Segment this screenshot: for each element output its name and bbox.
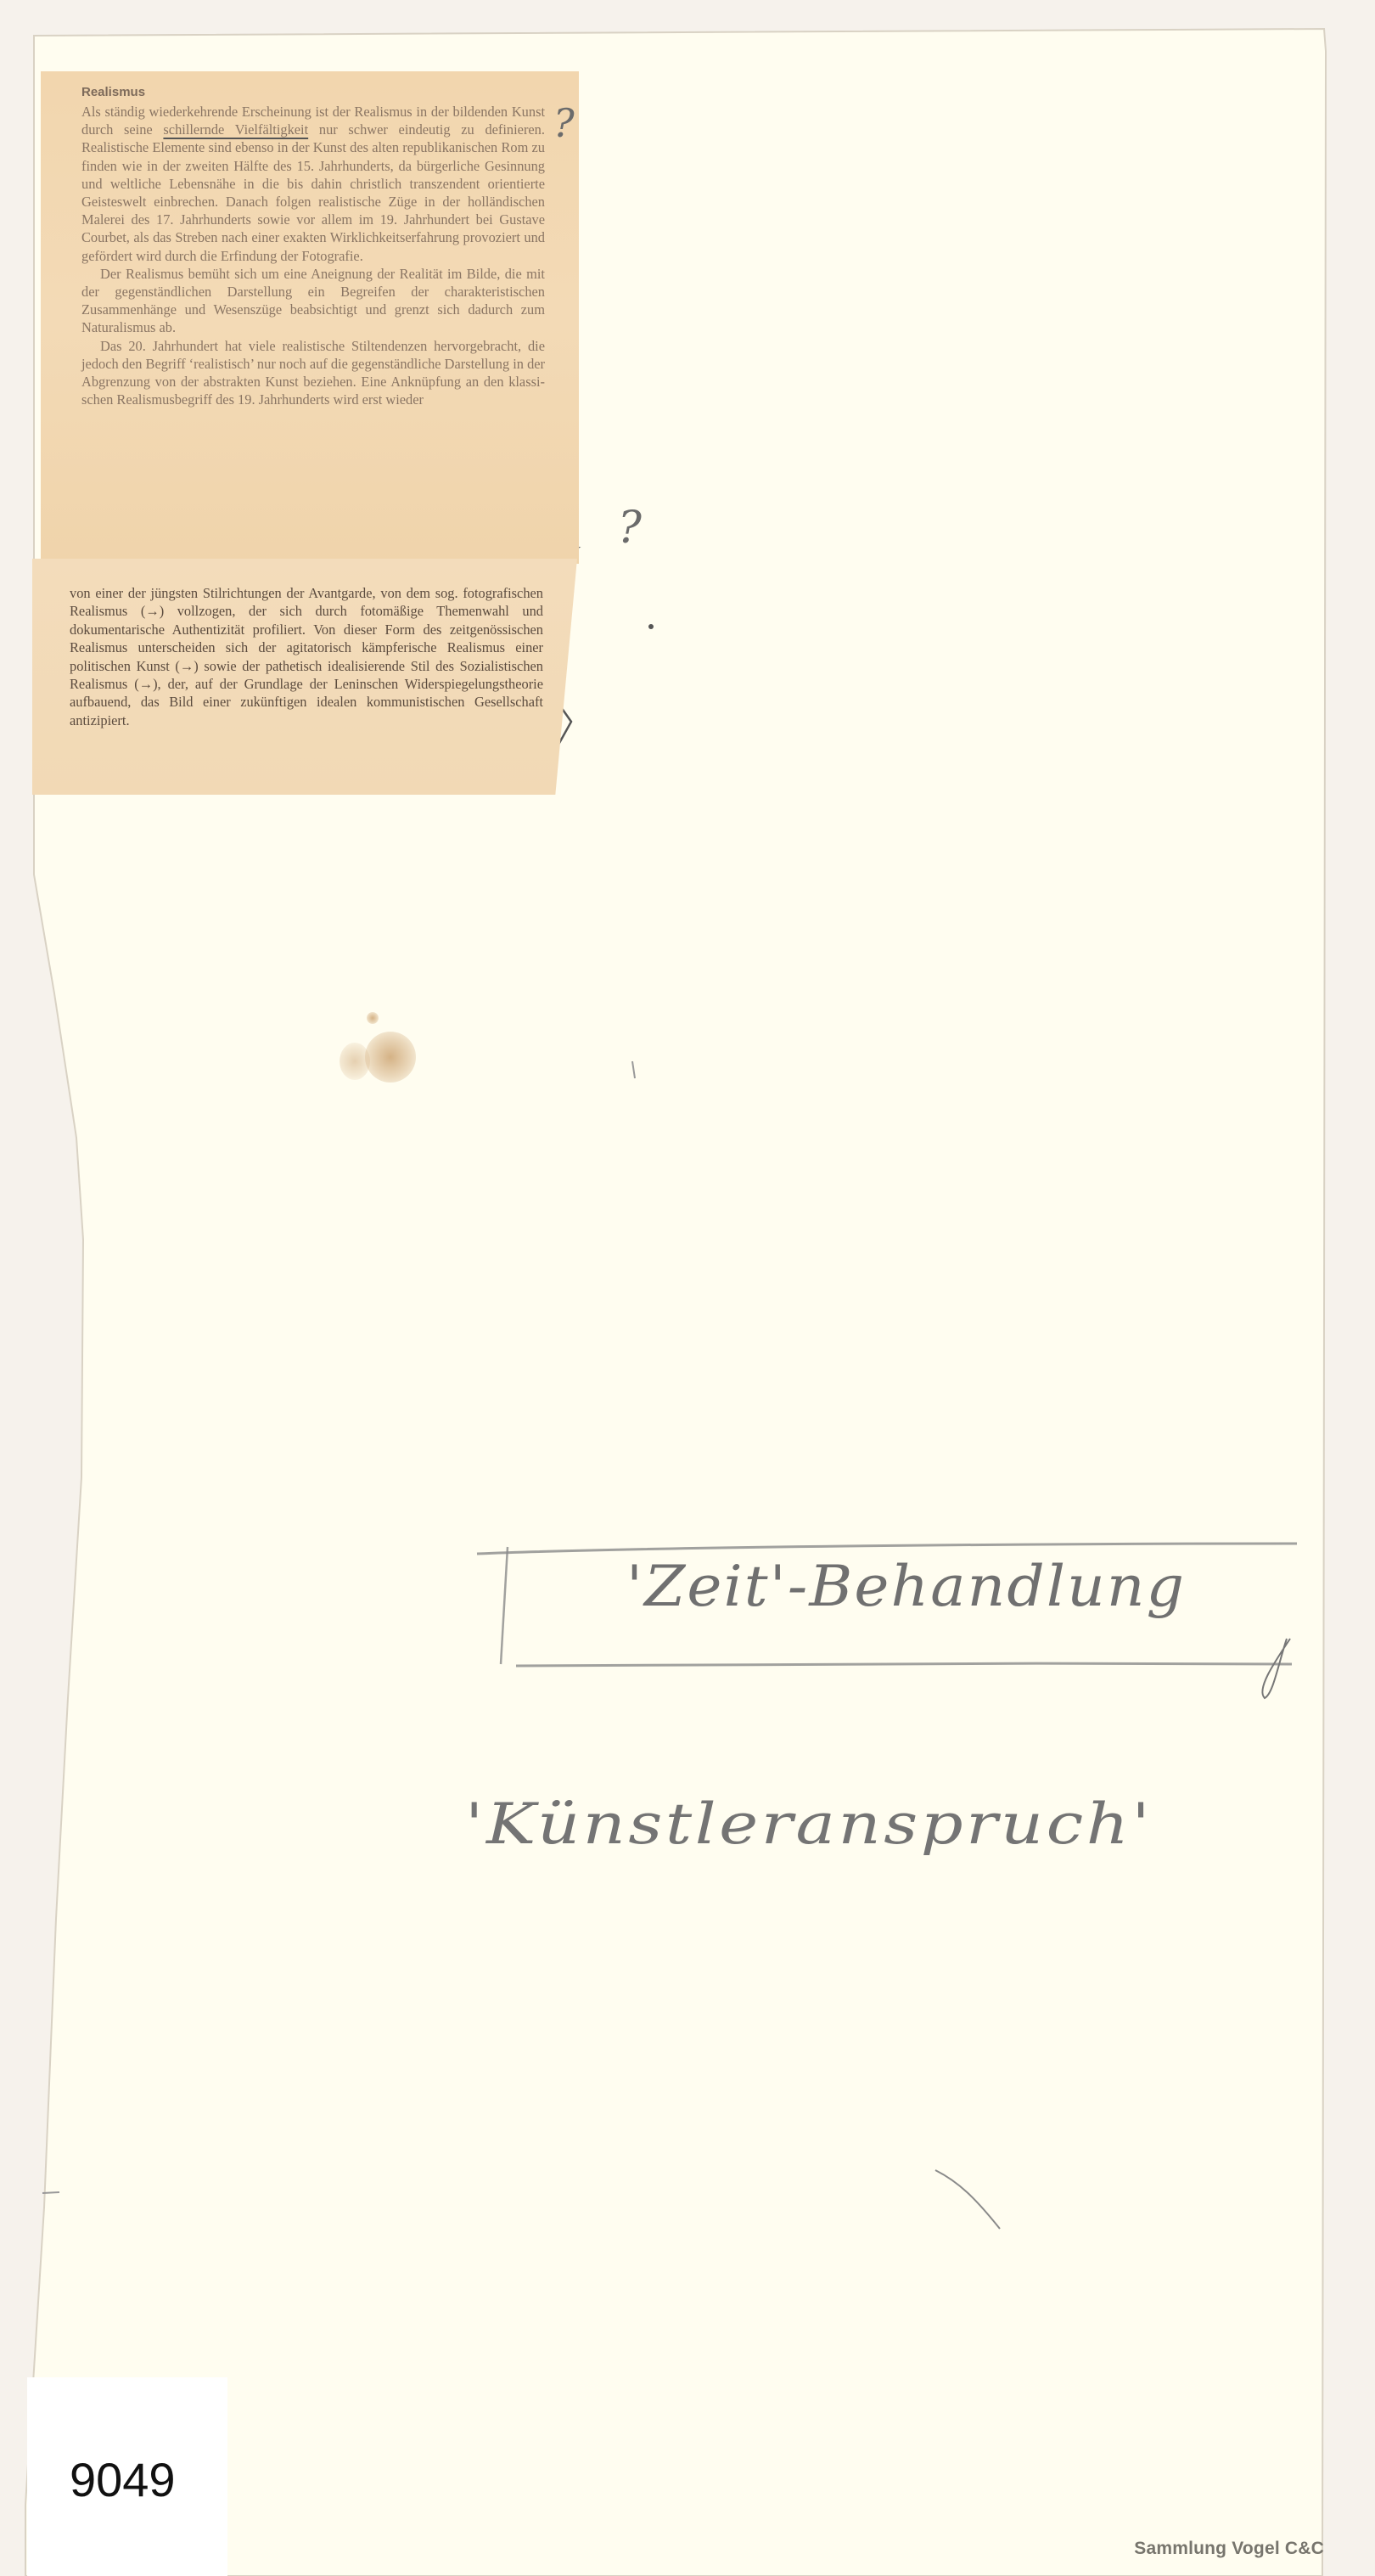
question-mark-annotation: ? (618, 503, 642, 554)
paragraph-text: nur schwer eindeutig zu definieren. Real… (81, 121, 545, 263)
paper-stain (367, 1012, 379, 1024)
clipping-paragraph: Als ständig wiederkehrende Erscheinung i… (81, 103, 545, 265)
clipping-paragraph: Der Realismus bemüht sich um eine Aneign… (81, 265, 545, 337)
inventory-label: 9049 (27, 2377, 227, 2576)
handwritten-note-zeit-behandlung: 'Zeit'-Behandlung (626, 1554, 1186, 1619)
newspaper-clipping-2: von einer der jüngsten Stilrichtungen de… (32, 559, 577, 795)
paper-stain (340, 1043, 370, 1080)
newspaper-clipping-1: Realismus Als ständig wiederkehrende Ers… (41, 71, 579, 564)
handwritten-note-kuenstleranspruch: 'Künstleranspruch' (465, 1791, 1153, 1857)
clipping-heading: Realismus (81, 85, 545, 99)
underlined-phrase: schillernde Vielfältigkeit (163, 121, 308, 138)
question-mark-annotation: ? (553, 100, 575, 146)
inventory-number: 9049 (70, 2452, 176, 2507)
clipping-paragraph: von einer der jüngsten Stilrichtungen de… (70, 584, 543, 729)
clipping-paragraph: Das 20. Jahrhundert hat viele realistisc… (81, 337, 545, 409)
paper-stain (365, 1032, 416, 1083)
collection-credit: Sammlung Vogel C&C (1134, 2539, 1324, 2559)
